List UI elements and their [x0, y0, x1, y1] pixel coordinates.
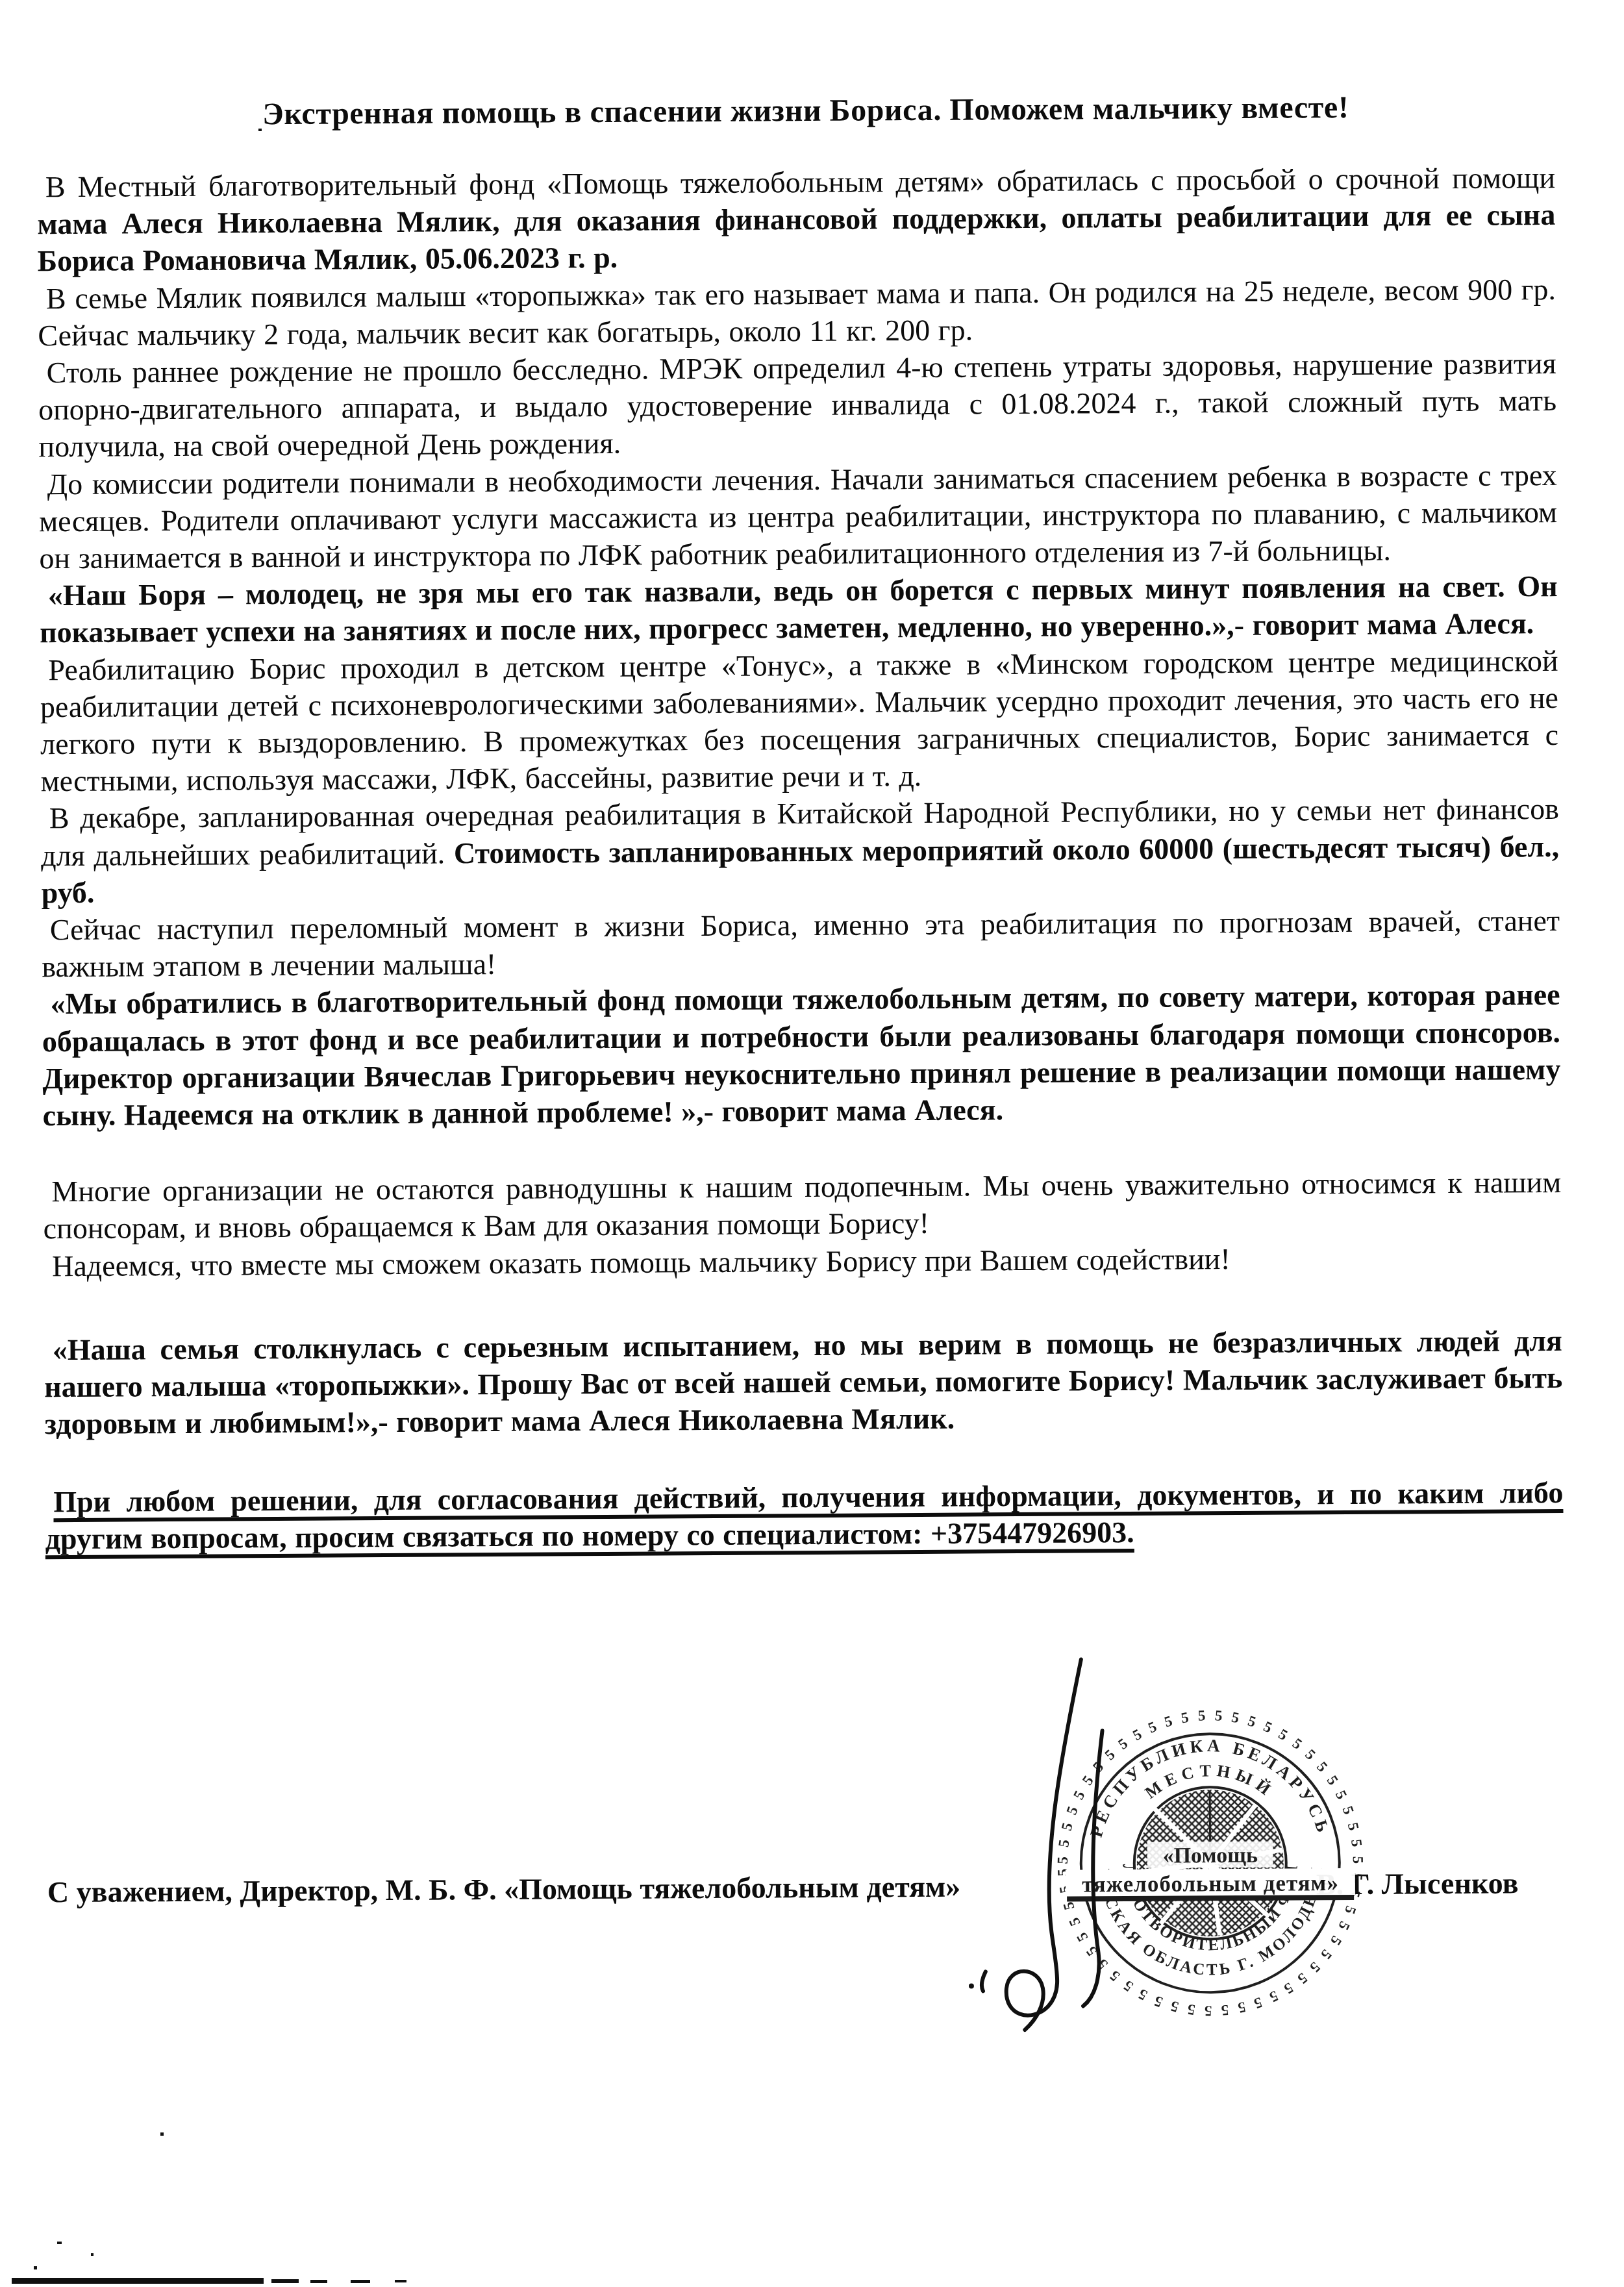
- paragraph: «Мы обратились в благотворительный фонд …: [42, 976, 1560, 1134]
- paragraph-segment: В Местный благотворительный фонд «Помощь…: [45, 161, 1555, 203]
- paragraph: В Местный благотворительный фонд «Помощь…: [37, 159, 1556, 280]
- paragraph: До комиссии родители понимали в необходи…: [39, 456, 1558, 577]
- paragraph-segment-bold: При любом решении, для согласования дейс…: [45, 1475, 1564, 1555]
- paragraph: Сейчас наступил переломный момент в жизн…: [42, 902, 1560, 986]
- scan-edge-dash: [351, 2280, 370, 2283]
- paragraph-segment-bold: «Мы обратились в благотворительный фонд …: [42, 978, 1561, 1132]
- scan-dust-speck: [258, 129, 262, 131]
- paragraph-segment: Многие организации не остаются равнодушн…: [44, 1166, 1562, 1245]
- scan-dust-speck: [34, 2266, 37, 2269]
- paragraph-segment: Надеемся, что вместе мы сможем оказать п…: [52, 1242, 1230, 1282]
- scanned-letter-page: Экстренная помощь в спасении жизни Борис…: [0, 0, 1624, 2287]
- scan-edge-dash: [310, 2280, 327, 2283]
- signature-line-left: С уважением, Директор, М. Б. Ф. «Помощь …: [47, 1870, 961, 1909]
- paragraph: При любом решении, для согласования дейс…: [45, 1473, 1564, 1557]
- paragraph: «Наша семья столкнулась с серьезным испы…: [44, 1322, 1563, 1443]
- paragraph-segment: Реабилитацию Борис проходил в детском це…: [40, 644, 1559, 798]
- scan-dust-speck: [91, 2253, 94, 2256]
- document-body: В Местный благотворительный фонд «Помощь…: [37, 159, 1564, 1557]
- signature-ink-dot: [969, 1984, 974, 1989]
- signature-strokes: [980, 1659, 1105, 2030]
- paragraph-segment: До комиссии родители понимали в необходи…: [39, 458, 1557, 575]
- paragraph: Реабилитацию Борис проходил в детском це…: [40, 642, 1558, 800]
- paragraph: Многие организации не остаются равнодушн…: [43, 1164, 1562, 1247]
- scan-edge-bar: [12, 2278, 264, 2284]
- paragraph: В декабре, запланированная очередная реа…: [41, 790, 1560, 911]
- paragraph-segment: В семье Мялик появился малыш «торопыжка»…: [38, 273, 1556, 352]
- paragraph-segment-bold: мама Алеся Николаевна Мялик, для оказани…: [37, 198, 1555, 277]
- paragraph-segment: Сейчас наступил переломный момент в жизн…: [42, 904, 1560, 983]
- scan-edge-dash: [271, 2279, 299, 2283]
- scan-edge-dash: [395, 2280, 406, 2282]
- paragraph-segment: Столь раннее рождение не прошло бесследн…: [38, 347, 1556, 464]
- paragraph-segment-bold: «Наша семья столкнулась с серьезным испы…: [44, 1324, 1562, 1441]
- paragraph: Столь раннее рождение не прошло бесследн…: [38, 345, 1557, 466]
- scan-dust-speck: [57, 2242, 62, 2244]
- handwritten-signature: [907, 1647, 1124, 2064]
- document-title: Экстренная помощь в спасении жизни Борис…: [117, 88, 1494, 134]
- paragraph: «Наш Боря – молодец, не зря мы его так н…: [40, 568, 1558, 651]
- paragraph-segment-bold: «Наш Боря – молодец, не зря мы его так н…: [40, 569, 1558, 649]
- stamp-center-line1: «Помощь: [1162, 1843, 1257, 1868]
- paragraph: В семье Мялик появился малыш «торопыжка»…: [38, 271, 1556, 355]
- page-content: Экстренная помощь в спасении жизни Борис…: [0, 0, 1624, 2287]
- scan-dust-speck: [160, 2132, 164, 2136]
